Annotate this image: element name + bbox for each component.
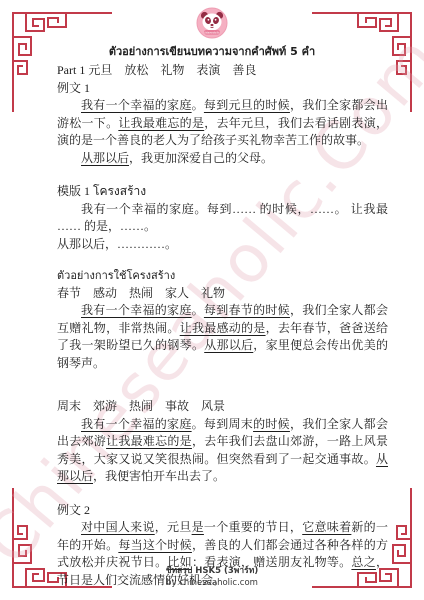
underlined-phrase: 每当这个时候 — [118, 538, 192, 552]
example2-label: 例文 2 — [57, 502, 388, 520]
underlined-phrase: 从那以后 — [81, 151, 129, 165]
text-segment: 我有一个幸福的家庭。每到…… 的时候，……。 让我最 …… 的是，……。 — [57, 202, 388, 234]
footer-credit: by chineseaholic.com — [0, 578, 424, 588]
underlined-phrase: 让我最感动的是 — [180, 321, 266, 335]
text-segment: 。 — [192, 303, 204, 317]
underlined-phrase: 我有一个幸福的家庭 — [81, 98, 192, 112]
logo-text: chineseaholic — [204, 31, 220, 34]
underlined-phrase: 对中国人来说 — [81, 520, 155, 534]
template1-structure-end: 从那以后，…………。 — [57, 236, 388, 254]
document-page: chineseaholic ตัวอย่างการเขียนบทความจากค… — [0, 0, 424, 600]
example1-paragraph: 我有一个幸福的家庭。每到元旦的时候，我们全家都会出游松一下。让我最难忘的是，去年… — [57, 97, 388, 150]
text-segment: ，我便害怕开车出去了。 — [93, 469, 225, 483]
underlined-phrase: 的时候 — [253, 417, 290, 431]
template1-structure: 我有一个幸福的家庭。每到…… 的时候，……。 让我最 …… 的是，……。 — [57, 201, 388, 236]
example1-label: 例文 1 — [57, 80, 388, 98]
usage-paragraph-1: 我有一个幸福的家庭。每到春节的时候，我们全家人都会互赠礼物，非常热闹。让我最感动… — [57, 302, 388, 372]
word-list-set2: 周末 郊游 热闹 事故 风景 — [57, 398, 388, 416]
underlined-phrase: 让我最难忘的是 — [118, 116, 204, 130]
part1-word-list: Part 1 元旦 放松 礼物 表演 善良 — [57, 62, 388, 80]
underlined-phrase: 我有一个幸福的家庭 — [81, 303, 192, 317]
template1-label: 模版 1 โครงสร้าง — [57, 183, 388, 201]
underlined-phrase: 它意味着 — [302, 520, 351, 534]
text-segment: 。 — [192, 98, 204, 112]
panda-logo-icon: chineseaholic — [196, 7, 228, 39]
document-body: Part 1 元旦 放松 礼物 表演 善良例文 1我有一个幸福的家庭。每到元旦的… — [57, 62, 388, 589]
underlined-phrase: 我有一个幸福的家庭 — [81, 417, 192, 431]
text-segment: ，我更加深爱自己的父母。 — [129, 151, 273, 165]
example1-closing: 从那以后，我更加深爱自己的父母。 — [57, 150, 388, 168]
text-segment: 一个重要的节日， — [204, 520, 302, 534]
underlined-phrase: 每到元旦的时候 — [204, 98, 290, 112]
underlined-phrase: 每到春节的时候 — [204, 303, 290, 317]
usage-paragraph-2: 我有一个幸福的家庭。每到周末的时候，我们全家人都会出去郊游让我最难忘的是，去年我… — [57, 416, 388, 486]
text-segment: ，元旦 — [155, 520, 192, 534]
text-segment: 从那以后，…………。 — [57, 237, 177, 251]
underlined-phrase: 是 — [192, 520, 204, 534]
usage-example-label: ตัวอย่างการใช้โครงสร้าง — [57, 267, 388, 285]
page-title: ตัวอย่างการเขียนบทความจากคำศัพท์ 5 คำ — [0, 42, 424, 60]
underlined-phrase: 从那以后 — [204, 338, 253, 352]
underlined-phrase: 让我最难忘的是 — [106, 434, 192, 448]
footer-sheet-title: ชีทสรุป HSK5 (3พาร์ท) — [0, 563, 424, 577]
text-segment: 。每到周末 — [192, 417, 253, 431]
page-footer: ชีทสรุป HSK5 (3พาร์ท) by chineseaholic.c… — [0, 563, 424, 588]
word-list-set1: 春节 感动 热闹 家人 礼物 — [57, 285, 388, 303]
